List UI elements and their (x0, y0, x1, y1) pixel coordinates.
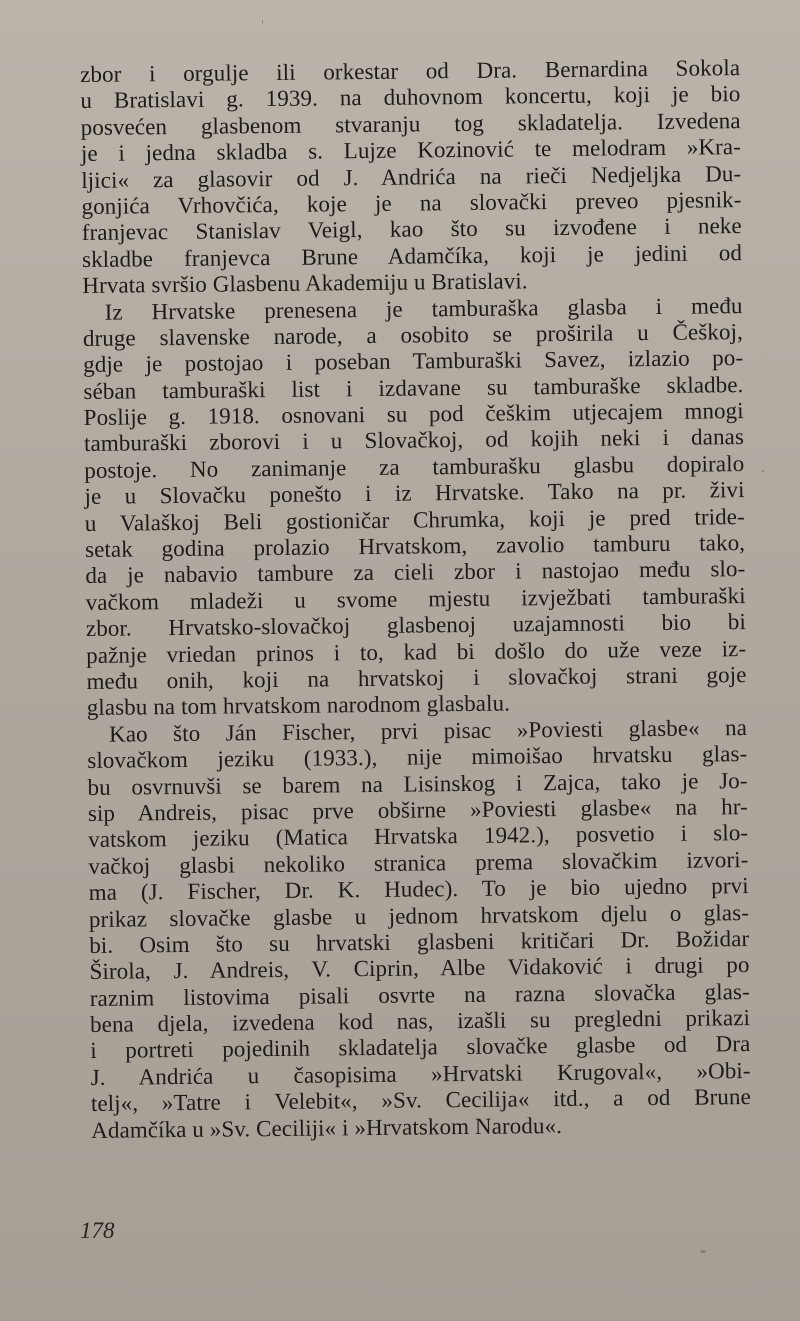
paper-speck (262, 20, 263, 24)
page-number: 178 (80, 1218, 115, 1244)
paper-speck (737, 1096, 739, 1098)
paper-speck (762, 470, 764, 472)
paper-speck (700, 1250, 706, 1253)
body-text: zbor i orgulje ili orkestar od Dra. Bern… (80, 55, 751, 1144)
book-page: zbor i orgulje ili orkestar od Dra. Bern… (0, 0, 800, 1321)
